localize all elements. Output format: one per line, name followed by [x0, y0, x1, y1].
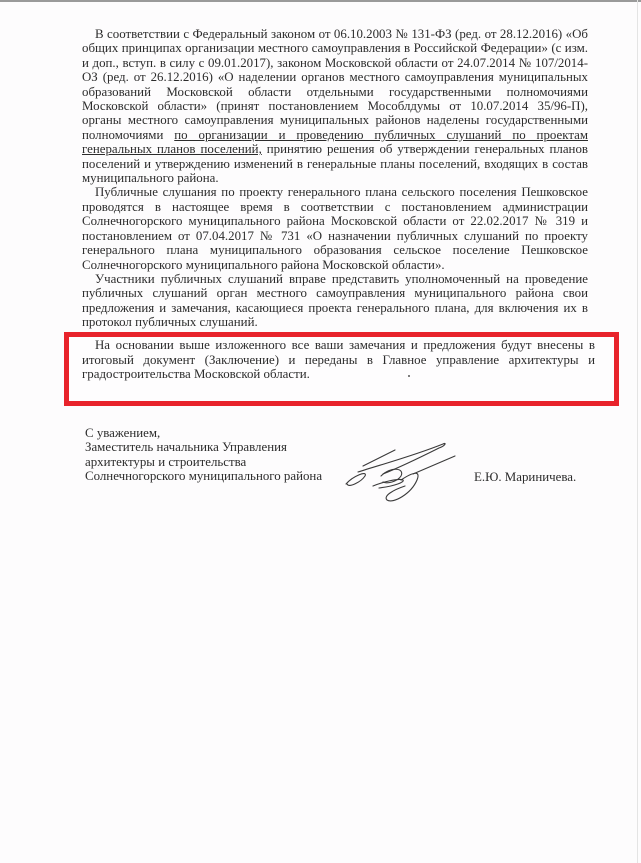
- letter-body: В соответствии с Федеральный законом от …: [82, 27, 588, 330]
- closing-regards: С уважением,: [85, 426, 322, 440]
- handwritten-signature-icon: [343, 436, 458, 504]
- scan-speck: [408, 375, 410, 377]
- paragraph-legal-basis-text: В соответствии с Федеральный законом от …: [82, 27, 588, 142]
- signer-position-line-1: Заместитель начальника Управления: [85, 440, 322, 454]
- paragraph-participants: Участники публичных слушаний вправе пред…: [82, 272, 588, 330]
- page-top-edge: [0, 0, 641, 2]
- signer-position-line-3: Солнечногорского муниципального района: [85, 469, 322, 483]
- signer-name: Е.Ю. Мариничева.: [474, 470, 576, 485]
- page-right-edge: [637, 0, 638, 863]
- closing-block: С уважением, Заместитель начальника Упра…: [85, 426, 322, 484]
- signer-position-line-2: архитектуры и строительства: [85, 455, 322, 469]
- paragraph-highlighted: На основании выше изложенного все ваши з…: [82, 338, 595, 382]
- paragraph-legal-basis: В соответствии с Федеральный законом от …: [82, 27, 588, 185]
- paragraph-public-hearings: Публичные слушания по проекту генерально…: [82, 185, 588, 271]
- highlight-box: На основании выше изложенного все ваши з…: [64, 332, 619, 406]
